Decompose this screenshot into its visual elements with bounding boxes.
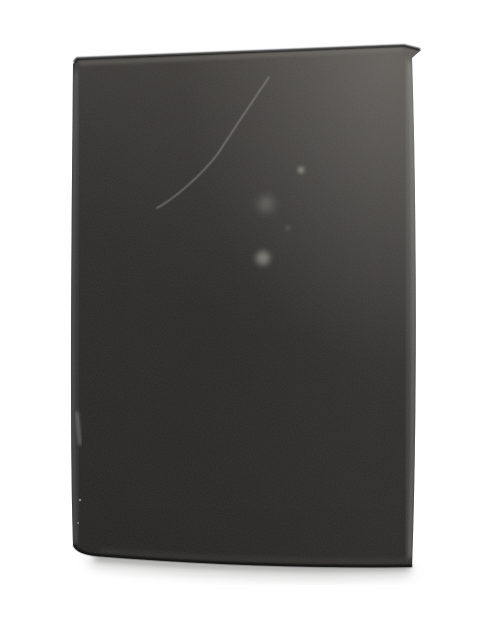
photo-stage: Product photograph of a plain dark cloth… (0, 0, 480, 640)
pale-spot-large (256, 251, 270, 265)
pale-spot-small (298, 167, 305, 174)
book-photo: Product photograph of a plain dark cloth… (0, 0, 480, 640)
spine-wear-speck (79, 499, 82, 502)
cover-lighting-group (60, 36, 430, 581)
pale-spot-faint (258, 196, 274, 212)
pale-spot-tiny (286, 226, 291, 231)
spine-wear-speck (77, 522, 79, 524)
cloth-grain-dark (60, 36, 430, 581)
